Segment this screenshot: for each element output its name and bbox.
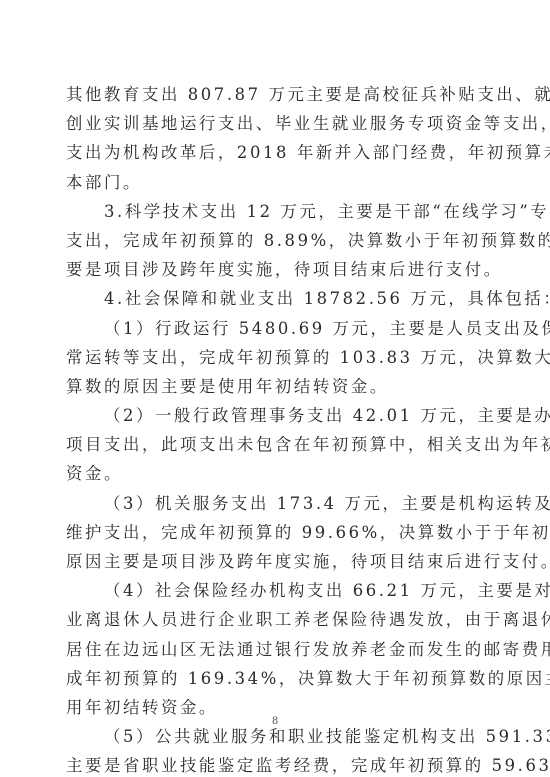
document-body: 其他教育支出 807.87 万元主要是高校征兵补贴支出、就业市场和创业实训基地运…	[66, 80, 486, 777]
text-line: 主要是省职业技能鉴定监考经费，完成年初预算的 59.63%，决算	[66, 751, 486, 777]
text-line: 4.社会保障和就业支出 18782.56 万元，具体包括：	[66, 284, 486, 313]
document-page: 其他教育支出 807.87 万元主要是高校征兵补贴支出、就业市场和创业实训基地运…	[0, 0, 550, 777]
page-number: 8	[0, 716, 550, 727]
text-line: 支出为机构改革后，2018 年新并入部门经费，年初预算未体现在	[66, 138, 486, 167]
text-line: 业离退休人员进行企业职工养老保险待遇发放，由于离退休人员	[66, 605, 486, 634]
text-line: 居住在边远山区无法通过银行发放养老金而发生的邮寄费用，完	[66, 635, 486, 664]
text-line: 算数的原因主要是使用年初结转资金。	[66, 372, 486, 401]
text-line: 项目支出，此项支出未包含在年初预算中，相关支出为年初结转	[66, 430, 486, 459]
text-line: （2）一般行政管理事务支出 42.01 万元，主要是办公楼维修	[66, 401, 486, 430]
text-line: 支出，完成年初预算的 8.89%，决算数小于年初预算数的原因主	[66, 226, 486, 255]
text-line: （3）机关服务支出 173.4 万元，主要是机构运转及软件运行	[66, 489, 486, 518]
text-line: 常运转等支出，完成年初预算的 103.83 万元，决算数大于年初预	[66, 343, 486, 372]
text-line: 要是项目涉及跨年度实施，待项目结束后进行支付。	[66, 255, 486, 284]
text-line: 原因主要是项目涉及跨年度实施，待项目结束后进行支付。	[66, 547, 486, 576]
text-line: （4）社会保险经办机构支出 66.21 万元，主要是对省本级企	[66, 576, 486, 605]
text-line: 成年初预算的 169.34%，决算数大于年初预算数的原因主要是使	[66, 664, 486, 693]
text-line: 本部门。	[66, 168, 486, 197]
text-line: 其他教育支出 807.87 万元主要是高校征兵补贴支出、就业市场和	[66, 80, 486, 109]
text-line: 3.科学技术支出 12 万元，主要是干部“在线学习”专项经费	[66, 197, 486, 226]
text-line: （1）行政运行 5480.69 万元，主要是人员支出及保障机构正	[66, 314, 486, 343]
text-line: 创业实训基地运行支出、毕业生就业服务专项资金等支出，此项	[66, 109, 486, 138]
text-line: 资金。	[66, 459, 486, 488]
text-line: 维护支出，完成年初预算的 99.66%，决算数小于于年初预算数的	[66, 518, 486, 547]
